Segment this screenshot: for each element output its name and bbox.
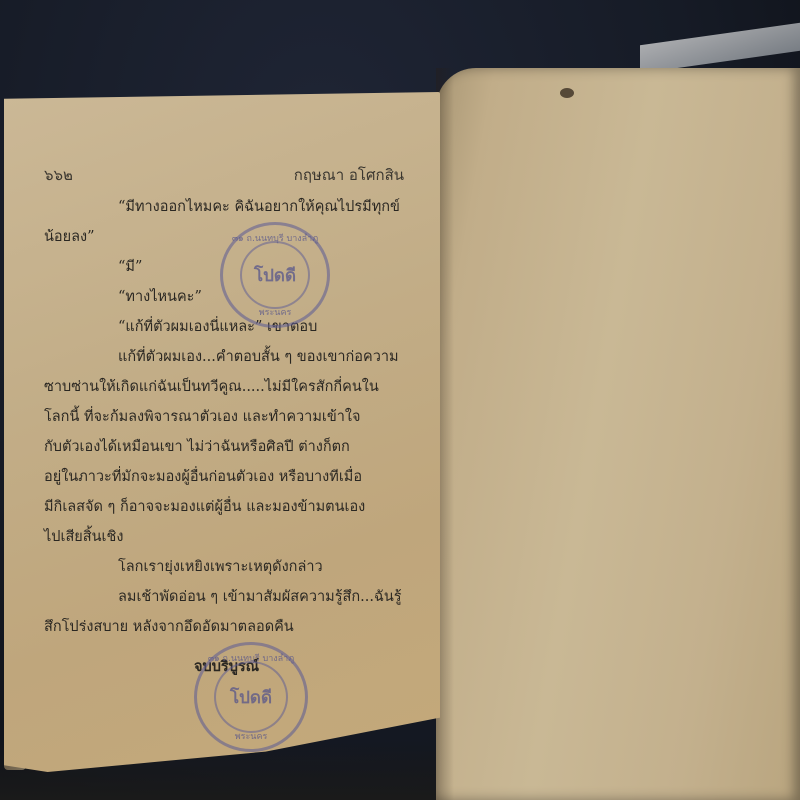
text-line: โลกนี้ ที่จะก้มลงพิจารณาตัวเอง และทำความ… (44, 402, 404, 432)
stamp-address: ๓๑ ถ.นนทบุรี บางลำภู (223, 231, 327, 245)
stamp-inner-ring (240, 241, 310, 309)
text-line: ซาบซ่านให้เกิดแก่ฉันเป็นทวีคูณ.....ไม่มี… (44, 372, 404, 402)
text-line: โลกเรายุ่งเหยิงเพราะเหตุดังกล่าว (44, 552, 404, 582)
text-line: ลมเช้าพัดอ่อน ๆ เข้ามาสัมผัสความรู้สึก..… (44, 582, 404, 612)
stamp-city: พระนคร (223, 305, 327, 319)
text-line: กับตัวเองได้เหมือนเขา ไม่ว่าฉันหรือศิลปี… (44, 432, 404, 462)
text-line: แก้ที่ตัวผมเอง...คำตอบสั้น ๆ ของเขาก่อคว… (44, 342, 404, 372)
page-number: ๖๖๒ (44, 160, 73, 190)
stamp-inner-ring (214, 661, 288, 733)
text-line: มีกิเลสจัด ๆ ก็อาจจะมองแต่ผู้อื่น และมอง… (44, 492, 404, 522)
right-page-blank (436, 68, 800, 800)
page-tear (560, 88, 574, 98)
stamp-city: พระนคร (197, 729, 305, 743)
running-header: กฤษณา อโศกสิน (294, 160, 404, 190)
rubber-stamp: ๓๑ ถ.นนทบุรี บางลำภู โปดดี พระนคร (194, 642, 308, 752)
rubber-stamp: ๓๑ ถ.นนทบุรี บางลำภู โปดดี พระนคร (220, 222, 330, 328)
stamp-address: ๓๑ ถ.นนทบุรี บางลำภู (197, 651, 305, 665)
page-header: ๖๖๒ กฤษณา อโศกสิน (44, 160, 404, 190)
text-line: สึกโปร่งสบาย หลังจากอึดอัดมาตลอดคืน (44, 612, 404, 642)
text-line: “มีทางออกไหมคะ คิฉันอยากให้คุณไปรมีทุกข์ (44, 192, 404, 222)
text-line: ไปเสียสิ้นเชิง (44, 522, 404, 552)
text-line: อยู่ในภาวะที่มักจะมองผู้อื่นก่อนตัวเอง ห… (44, 462, 404, 492)
